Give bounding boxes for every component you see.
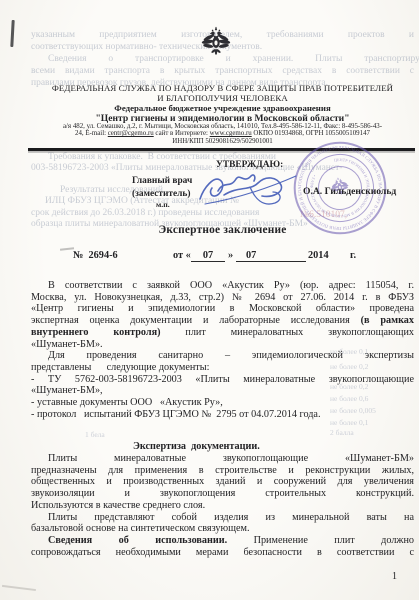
doc-text-line: «Шуманет-БМ». xyxy=(31,339,414,351)
doc-text-line: Используются в качестве среднего слоя. xyxy=(31,500,414,512)
doc-text-line: Для проведения санитарно – эпидемиологич… xyxy=(31,350,414,362)
doc-text-line: Москва, ул. Новокузнецкая, д.33, стр.2) … xyxy=(31,292,414,304)
service-name: ФЕДЕРАЛЬНАЯ СЛУЖБА ПО НАДЗОРУ В СФЕРЕ ЗА… xyxy=(31,83,414,103)
approver-position-line2: (заместитель) xyxy=(132,189,191,199)
website-text: www.cgemo.ru xyxy=(210,130,252,137)
document-number: № 2694-6 xyxy=(73,250,118,261)
date-closing-quote: » xyxy=(228,250,233,261)
address-line2-prefix: 24, E-mail: xyxy=(75,130,108,137)
address-line1: а/я 482, ул. Семашко, д.2, г. Мытищи, Мо… xyxy=(16,123,419,131)
document-body: В соответствии с заявкой ООО «Акустик Ру… xyxy=(31,280,414,558)
address-line2-middle: сайт в Интернете: xyxy=(154,130,210,137)
scan-artifact-mark xyxy=(10,20,14,47)
doc-text-line: экспертная оценка документации и лаборат… xyxy=(31,315,414,327)
doc-text-line: - протокол испытаний ФБУЗ ЦГЭМО № 2795 о… xyxy=(31,409,414,421)
doc-text-line: Плиты минераловатные звукопоглощающие «Ш… xyxy=(31,453,414,465)
page-number: 1 xyxy=(392,571,397,582)
email-text: centr@cgemo.ru xyxy=(108,130,154,137)
address-line2-suffix: ОКПО 01934868, ОГРН 1055005109147 xyxy=(252,130,370,137)
coat-of-arms-icon xyxy=(199,26,233,59)
doc-text-line: представлены следующие документы: xyxy=(31,362,414,374)
doc-text-line: «Центр гигиены и эпидемиологии в Московс… xyxy=(31,303,414,315)
doc-text-line: «Шуманет-БМ», xyxy=(31,385,414,397)
doc-text-line: - ТУ 5762-003-58196723-2003 «Плиты минер… xyxy=(31,374,414,386)
service-name-line1: ФЕДЕРАЛЬНАЯ СЛУЖБА ПО НАДЗОРУ В СФЕРЕ ЗА… xyxy=(31,83,414,93)
doc-text-line: Сведения об использовании. Применение пл… xyxy=(31,535,414,547)
doc-text-line: - уставные документы ООО «Акустик Ру», xyxy=(31,397,414,409)
seal-placeholder: м.п. xyxy=(156,200,170,209)
date-day: 07 xyxy=(191,250,225,262)
doc-text-line: звукоизоляции и звукопоглощения строител… xyxy=(31,488,414,500)
date-year: 2014 xyxy=(308,250,329,261)
bleedthrough-text: всеми видами транспорта в крытых транспо… xyxy=(31,66,414,77)
institution-type: Федеральное бюджетное учреждение здравоо… xyxy=(31,103,414,113)
scan-edge-line xyxy=(2,585,36,591)
doc-text-line: общественных и производственных зданий и… xyxy=(31,476,414,488)
doc-text-line: сопровождаться необходимыми мерами безоп… xyxy=(31,547,414,559)
doc-text-line: внутреннего контроля) плит минераловатны… xyxy=(31,327,414,339)
address-line2: 24, E-mail: centr@cgemo.ru сайт в Интерн… xyxy=(16,130,419,138)
date-from-label: от « xyxy=(173,250,191,261)
doc-text-line: предназначены для применения в строитель… xyxy=(31,465,414,477)
paragraph-gap xyxy=(31,421,414,442)
signature-ink xyxy=(192,165,310,215)
approver-name: О.А. Гильденскиольд xyxy=(303,186,396,197)
date-month: 07 xyxy=(236,250,306,262)
scanned-document-page: указанным предприятием изготовителем, тр… xyxy=(0,0,419,600)
doc-text-line: базальтовой основе на синтетическом связ… xyxy=(31,523,414,535)
date-year-suffix: г. xyxy=(350,250,356,261)
doc-text-line: Экспертиза документации. xyxy=(31,441,414,453)
approver-position-line1: Главный врач xyxy=(132,176,192,186)
service-name-line2: И БЛАГОПОЛУЧИЯ ЧЕЛОВЕКА xyxy=(31,93,414,103)
doc-text-line: Плиты представляют собой изделия из мине… xyxy=(31,512,414,524)
document-number-line: № 2694-6 от « 07 » 07 2014 г. xyxy=(31,250,414,265)
doc-text-line: В соответствии с заявкой ООО «Акустик Ру… xyxy=(31,280,414,292)
